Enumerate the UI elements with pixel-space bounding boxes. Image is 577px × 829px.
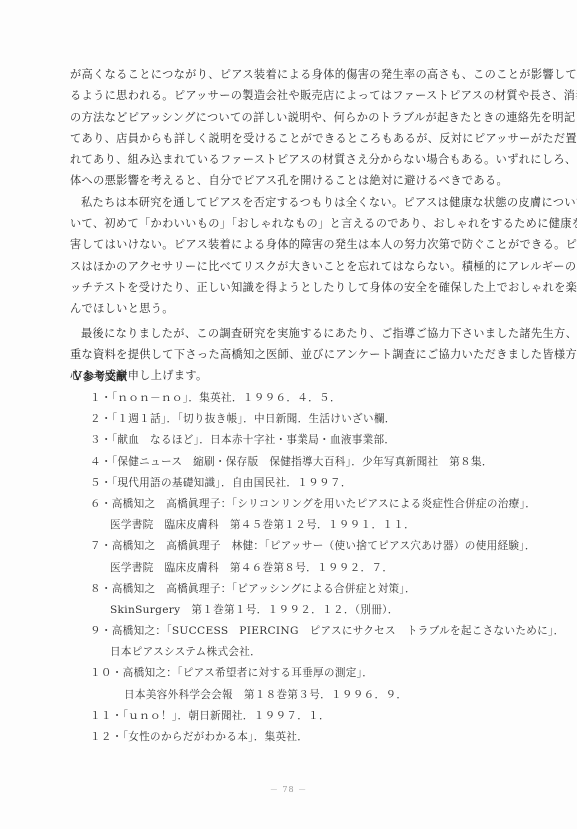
reference-line: ８・高橋知之 高橋眞理子：「ピアッシングによる合併症と対策」． — [90, 579, 530, 600]
reference-line: ６・高橋知之 高橋眞理子：「シリコンリングを用いたピアスによる炎症性合併症の治療… — [90, 494, 530, 515]
reference-item: ５・「現代用語の基礎知識」．自由国民社．１９９７． — [90, 473, 530, 494]
reference-item: １・「ｎｏｎ－ｎｏ」．集英社．１９９６．４．５． — [90, 388, 530, 409]
body-text: が高くなることにつながり、ピアス装着による身体的傷害の発生率の高さも、このことが… — [70, 64, 520, 386]
reference-line: ２・「１週１話」．「切り抜き帳」．中日新聞．生活けいざい欄． — [90, 409, 530, 430]
text-line: 最後になりましたが、この調査研究を実施するにあたり、ご指導ご協力下さいました諸先… — [70, 323, 520, 344]
reference-line: ７・高橋知之 高橋眞理子 林健：「ピアッサー（使い捨てピアス穴あけ器）の使用経験… — [90, 536, 530, 557]
reference-line: ９・高橋知之：「SUCCESS PIERCING ピアスにサクセス トラブルを起… — [90, 621, 530, 642]
reference-item: ３・「献血 なるほど」．日本赤十字社・事業局・血液事業部． — [90, 430, 530, 451]
reference-item: ９・高橋知之：「SUCCESS PIERCING ピアスにサクセス トラブルを起… — [90, 621, 530, 663]
text-line: 私たちは本研究を通してピアスを否定するつもりは全くない。ピアスは健康な状態の皮膚… — [70, 192, 520, 213]
reference-item: ４・「保健ニュース 縮刷・保存版 保健指導大百科」．少年写真新聞社 第８集． — [90, 452, 530, 473]
page-number: － 78 － — [0, 784, 577, 795]
reference-line: ３・「献血 なるほど」．日本赤十字社・事業局・血液事業部． — [90, 430, 530, 451]
text-line: いて、初めて「かわいいもの」「おしゃれなもの」と言えるのであり、おしゃれをするた… — [70, 213, 520, 234]
reference-item: ７・高橋知之 高橋眞理子 林健：「ピアッサー（使い捨てピアス穴あけ器）の使用経験… — [90, 536, 530, 578]
reference-item: ２・「１週１話」．「切り抜き帳」．中日新聞．生活けいざい欄． — [90, 409, 530, 430]
text-line: の方法などピアッシングについての詳しい説明や、何らかのトラブルが起きたときの連絡… — [70, 107, 520, 128]
text-line: 重な資料を提供して下さった高橋知之医師、並びにアンケート調査にご協力いただきまし… — [70, 344, 520, 365]
text-line: るように思われる。ピアッサーの製造会社や販売店によってはファーストピアスの材質や… — [70, 85, 520, 106]
references-heading: Ｖ参考文献 — [72, 368, 127, 384]
text-line: 体への悪影響を考えると、自分でピアス孔を開けることは絶対に避けるべきである。 — [70, 170, 520, 191]
reference-item: ６・高橋知之 高橋眞理子：「シリコンリングを用いたピアスによる炎症性合併症の治療… — [90, 494, 530, 536]
reference-line: SkinSurgery 第１巻第１号．１９９２．１２．（別冊）． — [90, 600, 530, 621]
reference-item: １２・「女性のからだがわかる本」．集英社． — [90, 727, 530, 748]
reference-line: １０・高橋知之：「ピアス希望者に対する耳垂厚の測定」． — [90, 663, 530, 684]
reference-item: １１・「ｕｎｏ！」．朝日新聞社．１９９７．１． — [90, 706, 530, 727]
paragraph-conclusion: 私たちは本研究を通してピアスを否定するつもりは全くない。ピアスは健康な状態の皮膚… — [70, 192, 520, 320]
reference-line: １２・「女性のからだがわかる本」．集英社． — [90, 727, 530, 748]
text-line: 心より感謝申し上げます。 — [70, 365, 520, 386]
document-page: が高くなることにつながり、ピアス装着による身体的傷害の発生率の高さも、このことが… — [0, 0, 577, 829]
text-line: が高くなることにつながり、ピアス装着による身体的傷害の発生率の高さも、このことが… — [70, 64, 520, 85]
reference-line: 医学書院 臨床皮膚科 第４５巻第１２号．１９９１．１１． — [90, 515, 530, 536]
reference-line: 医学書院 臨床皮膚科 第４６巻第８号．１９９２．７． — [90, 558, 530, 579]
reference-line: １・「ｎｏｎ－ｎｏ」．集英社．１９９６．４．５． — [90, 388, 530, 409]
text-line: スはほかのアクセサリーに比べてリスクが大きいことを忘れてはならない。積極的にアレ… — [70, 256, 520, 277]
text-line: 害してはいけない。ピアス装着による身体的障害の発生は本人の努力次第で防ぐことがで… — [70, 234, 520, 255]
reference-line: 日本ピアスシステム株式会社． — [90, 642, 530, 663]
reference-line: 日本美容外科学会会報 第１８巻第３号．１９９６．９． — [90, 685, 530, 706]
reference-item: ８・高橋知之 高橋眞理子：「ピアッシングによる合併症と対策」． SkinSurg… — [90, 579, 530, 621]
reference-line: ５・「現代用語の基礎知識」．自由国民社．１９９７． — [90, 473, 530, 494]
text-line: てあり、店員からも詳しく説明を受けることができるところもあるが、反対にピアッサー… — [70, 128, 520, 149]
text-line: ッチテストを受けたり、正しい知識を得ようとしたりして身体の安全を確保した上でおし… — [70, 277, 520, 298]
references-list: １・「ｎｏｎ－ｎｏ」．集英社．１９９６．４．５． ２・「１週１話」．「切り抜き帳… — [90, 388, 530, 748]
reference-item: １０・高橋知之：「ピアス希望者に対する耳垂厚の測定」． 日本美容外科学会会報 第… — [90, 663, 530, 705]
paragraph-acknowledgement: 最後になりましたが、この調査研究を実施するにあたり、ご指導ご協力下さいました諸先… — [70, 323, 520, 387]
text-line: れてあり、組み込まれているファーストピアスの材質さえ分からない場合もある。いずれ… — [70, 149, 520, 170]
reference-line: ４・「保健ニュース 縮刷・保存版 保健指導大百科」．少年写真新聞社 第８集． — [90, 452, 530, 473]
paragraph-continued: が高くなることにつながり、ピアス装着による身体的傷害の発生率の高さも、このことが… — [70, 64, 520, 192]
reference-line: １１・「ｕｎｏ！」．朝日新聞社．１９９７．１． — [90, 706, 530, 727]
text-line: んでほしいと思う。 — [70, 298, 520, 319]
